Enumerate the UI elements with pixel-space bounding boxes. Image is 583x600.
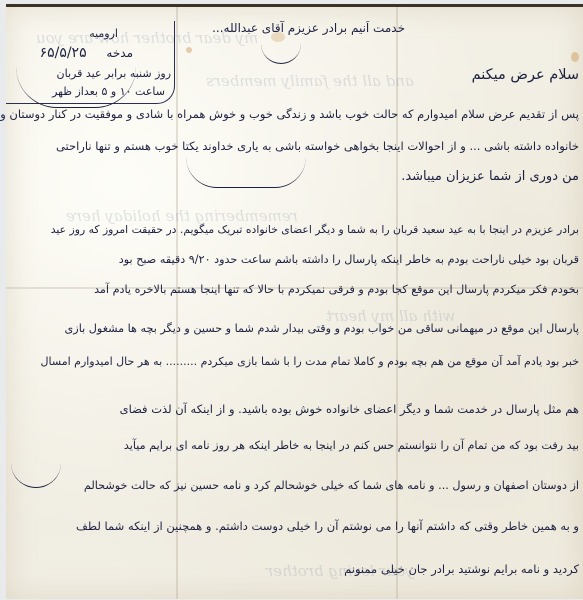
letter-line: کردید و نامه برایم نوشتید برادر جان خیلی… <box>344 562 579 576</box>
letter-line: من دوری از شما عزیزان میباشد. <box>401 169 579 184</box>
letter-line: برادر عزیزم در اینجا با به عید سعید قربا… <box>51 223 579 236</box>
fold-line <box>176 7 178 599</box>
salutation: خدمت اَنیم برادر عزیزم آقای عبدالله... <box>212 21 405 35</box>
header-date-label: مدخه <box>106 46 133 60</box>
letter-line: پارسال این موقع در میهمانی ساقی من خواب … <box>65 322 579 335</box>
pen-flourish <box>11 427 61 488</box>
letter-line: پس از تقدیم عرض سلام امیدوارم که حالت خو… <box>0 107 579 121</box>
pen-flourish <box>261 27 301 64</box>
greeting: سلام عرض میکنم <box>472 67 579 83</box>
letter-line: خبر بود یادم آمد آن موقع من هم بچه بودم … <box>41 355 579 368</box>
letter-line: بید رفت بود که من تمام آن را نتوانستم حس… <box>124 439 579 452</box>
header-date-value: ۶۵/۵/۲۵ <box>40 45 87 61</box>
fold-line <box>396 7 398 599</box>
letter-line: از دوستان اصفهان و رسول ... و نامه های ش… <box>84 479 579 492</box>
letter-paper: my dear brother how are you and all the … <box>6 4 583 599</box>
letter-line: و به همین خاطر وقتی که داشتم آنها را می … <box>76 519 579 533</box>
ink-stain <box>186 47 192 53</box>
letter-line: بخودم فکر میکردم پارسال این موقع کجا بود… <box>94 283 579 296</box>
paper-stain <box>571 52 579 62</box>
letter-line: قربان بود خیلی ناراحت بودم به خاطر اینکه… <box>119 253 579 266</box>
letter-line: هم مثل پارسال در خدمت شما و دیگر اعضای خ… <box>120 402 579 416</box>
header-date: مدخه ۶۵/۵/۲۵ <box>40 45 133 61</box>
header-place: ارومیه <box>89 27 118 40</box>
bleed-through-text: and all the family members <box>206 72 414 90</box>
letter-line: خانواده داشته باشی ... و از احوالات اینج… <box>56 139 579 153</box>
pen-flourish <box>186 157 306 188</box>
